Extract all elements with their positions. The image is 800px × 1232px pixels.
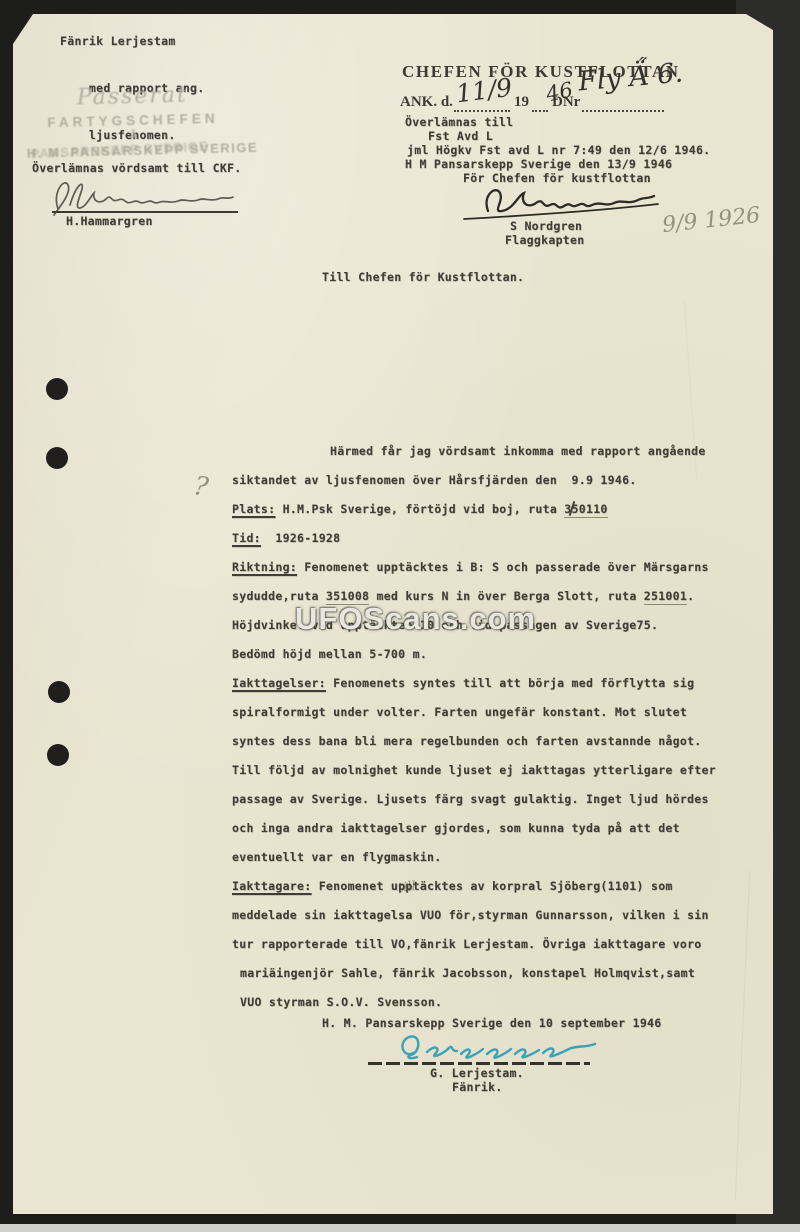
nordgren-signature	[458, 183, 668, 223]
ship-transit-stamp: Passerat FARTYGSCHEFEN å H. M. PANSARSKE…	[25, 81, 241, 161]
body-line: eventuellt var en flygmaskin.	[232, 850, 441, 864]
nordgren-title: Flaggkapten	[505, 233, 584, 247]
lerjestam-title: Fänrik.	[452, 1080, 503, 1094]
ank-year-blank	[532, 96, 548, 112]
salutation: Till Chefen för Kustflottan.	[322, 270, 524, 284]
body-line: passage av Sverige. Ljusets färg svagt g…	[232, 792, 709, 806]
body-line: tur rapporterade till VO,fänrik Lerjesta…	[232, 937, 702, 951]
forward-note: Överlämnas vördsamt till CKF.	[32, 161, 241, 175]
body-line: Bedömd höjd mellan 5-700 m.	[232, 647, 427, 661]
body-line: Härmed får jag vördsamt inkomma med rapp…	[330, 444, 706, 458]
body-line: Plats: H.M.Psk Sverige, förtöjd vid boj,…	[232, 502, 608, 516]
body-line: syntes dess bana bli mera regelbunden oc…	[232, 734, 702, 748]
body-line: Tid: 1926-1928	[232, 531, 340, 545]
routing-line: Överlämnas till	[405, 115, 513, 129]
lerjestam-typed-name: G. Lerjestam.	[430, 1066, 524, 1080]
body-line: och inga andra iakttagelser gjordes, som…	[232, 821, 680, 835]
scanner-bed-strip	[0, 1224, 800, 1232]
hammargren-typed-name: H.Hammargren	[66, 214, 153, 228]
routing-line: Fst Avd L	[428, 129, 493, 143]
ank-label: ANK. d.	[400, 94, 453, 111]
punch-hole	[48, 681, 70, 703]
punch-hole	[46, 447, 68, 469]
scanned-document-page: Fänrik Lerjestam med rapport ang. ljusfe…	[0, 0, 800, 1232]
body-line: siktandet av ljusfenomen över Hårsfjärde…	[232, 473, 637, 487]
body-line: Riktning: Fenomenet upptäcktes i B: S oc…	[232, 560, 709, 574]
signature-rule	[52, 211, 238, 213]
signature-dash-rule	[368, 1062, 590, 1065]
body-line: spiralformigt under volter. Farten ungef…	[232, 705, 687, 719]
routing-line: H M Pansarskepp Sverige den 13/9 1946	[405, 157, 672, 171]
body-line: mariäingenjör Sahle, fänrik Jacobsson, k…	[240, 966, 695, 980]
body-line: VUO styrman S.O.V. Svensson.	[240, 995, 442, 1009]
watermark: UFOScans.com	[295, 601, 536, 637]
body-line: Iakttagare: Fenomenet upptäcktes av korp…	[232, 879, 673, 893]
ank-year-printed: 19	[514, 94, 529, 111]
body-line: Iakttagelser: Fenomenets syntes till att…	[232, 676, 694, 690]
stamp-passerat: Passerat	[25, 81, 240, 112]
punch-hole	[47, 744, 69, 766]
routing-line: jml Högkv Fst avd L nr 7:49 den 12/6 194…	[407, 143, 710, 157]
body-line: meddelade sin iakttagelsa VUO för,styrma…	[232, 908, 709, 922]
dnr-blank	[582, 96, 664, 112]
body-line: Till följd av molnighet kunde ljuset ej …	[232, 763, 716, 777]
punch-hole	[46, 378, 68, 400]
nordgren-typed-name: S Nordgren	[510, 219, 582, 233]
subject-line: Fänrik Lerjestam	[60, 34, 176, 48]
